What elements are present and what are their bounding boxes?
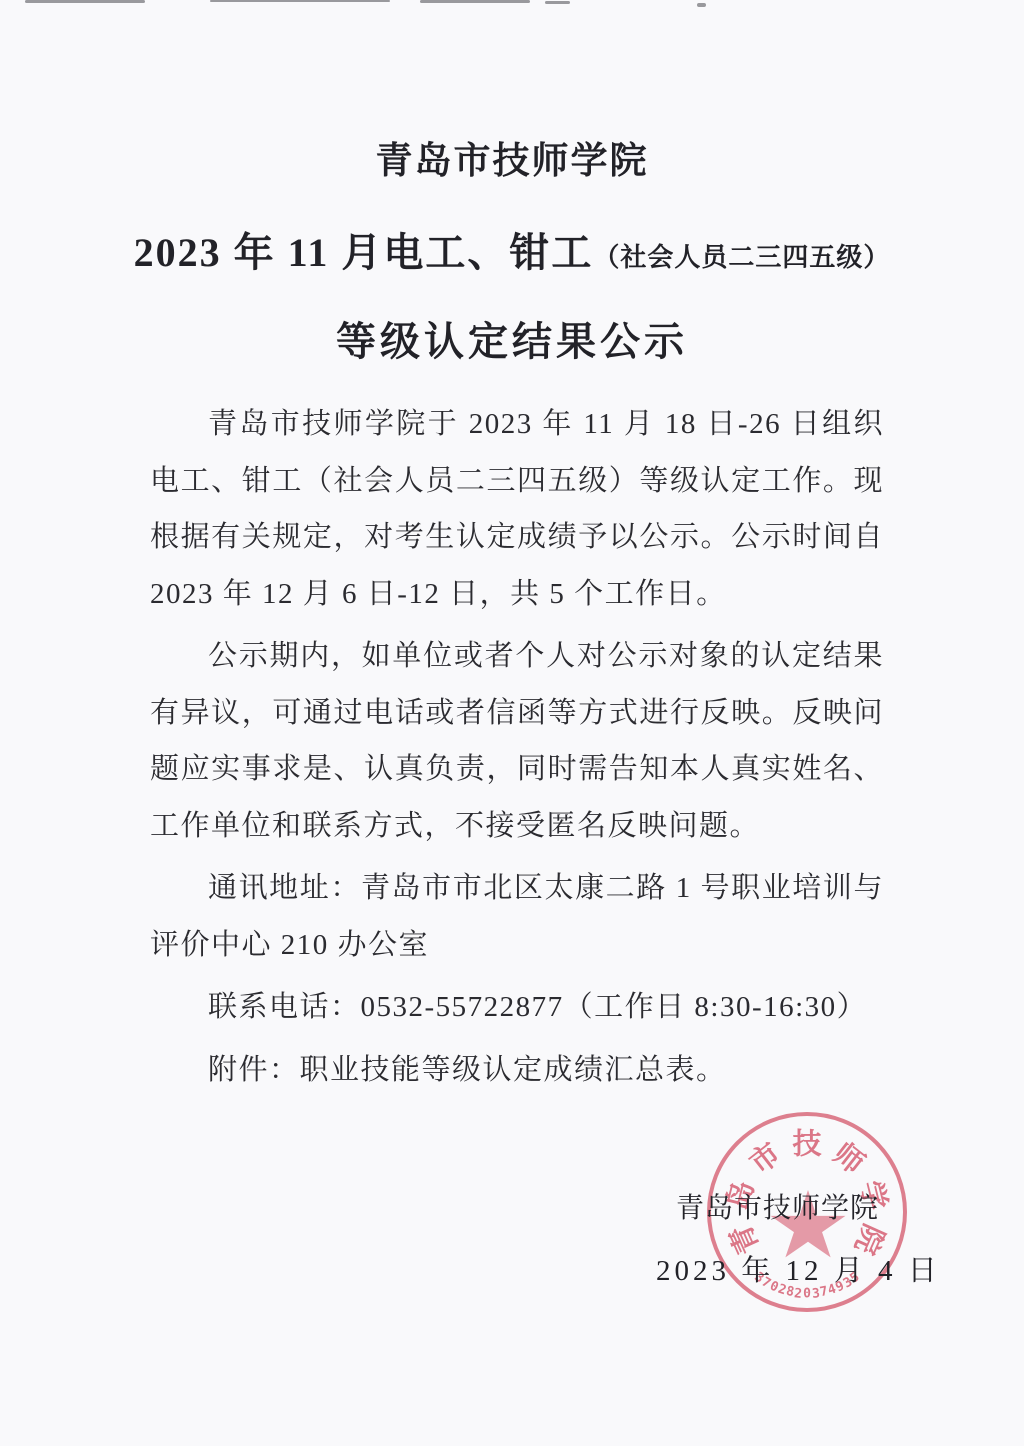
document-title-type: 等级认定结果公示 [0, 318, 1024, 366]
scan-artifact [697, 3, 706, 7]
body-paragraph-address: 通讯地址：青岛市市北区太康二路 1 号职业培训与评价中心 210 办公室 [150, 860, 884, 973]
title-subject-main: 2023 年 11 月电工、钳工 [134, 230, 594, 275]
body-paragraph-objection: 公示期内，如单位或者个人对公示对象的认定结果有异议，可通过电话或者信函等方式进行… [150, 628, 884, 854]
seal-ring-char: 技 [792, 1122, 821, 1163]
scanned-document-page: 青岛市技师学院 2023 年 11 月电工、钳工（社会人员二三四五级） 等级认定… [0, 0, 1024, 1446]
title-subject-paren: （社会人员二三四五级） [593, 243, 890, 272]
body-paragraph-attachment: 附件：职业技能等级认定成绩汇总表。 [150, 1042, 884, 1099]
document-title-subject: 2023 年 11 月电工、钳工（社会人员二三四五级） [0, 229, 1024, 282]
document-title-org: 青岛市技师学院 [0, 140, 1024, 184]
document-body: 青岛市技师学院于 2023 年 11 月 18 日-26 日组织电工、钳工（社会… [150, 396, 884, 1104]
scan-artifact [210, 0, 390, 2]
scan-artifact [25, 0, 145, 3]
scan-artifact [420, 0, 530, 3]
body-paragraph-phone: 联系电话：0532-55722877（工作日 8:30-16:30） [150, 979, 884, 1036]
document-date: 2023 年 12 月 4 日 [656, 1248, 941, 1289]
scan-artifact [545, 1, 570, 4]
signature-org: 青岛市技师学院 [676, 1186, 879, 1226]
body-paragraph-announcement: 青岛市技师学院于 2023 年 11 月 18 日-26 日组织电工、钳工（社会… [150, 396, 884, 622]
